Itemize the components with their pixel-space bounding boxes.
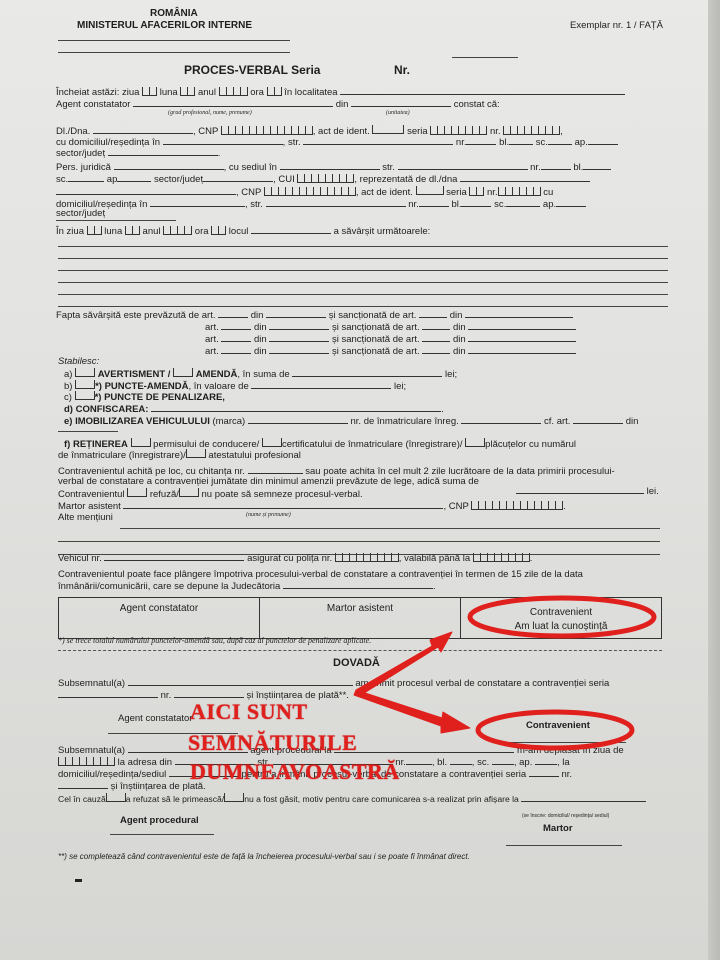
annotation-overlay	[0, 0, 720, 960]
ellipse-offender-proof	[478, 712, 632, 748]
arrows-icon	[354, 632, 470, 733]
annotation-line-1: AICI SUNT	[190, 699, 308, 725]
annotation-line-3: DUMNEAVOASTRĂ	[190, 759, 400, 785]
annotation-line-2: SEMNĂTURILE	[188, 730, 357, 756]
ellipse-offender-table	[470, 598, 654, 636]
